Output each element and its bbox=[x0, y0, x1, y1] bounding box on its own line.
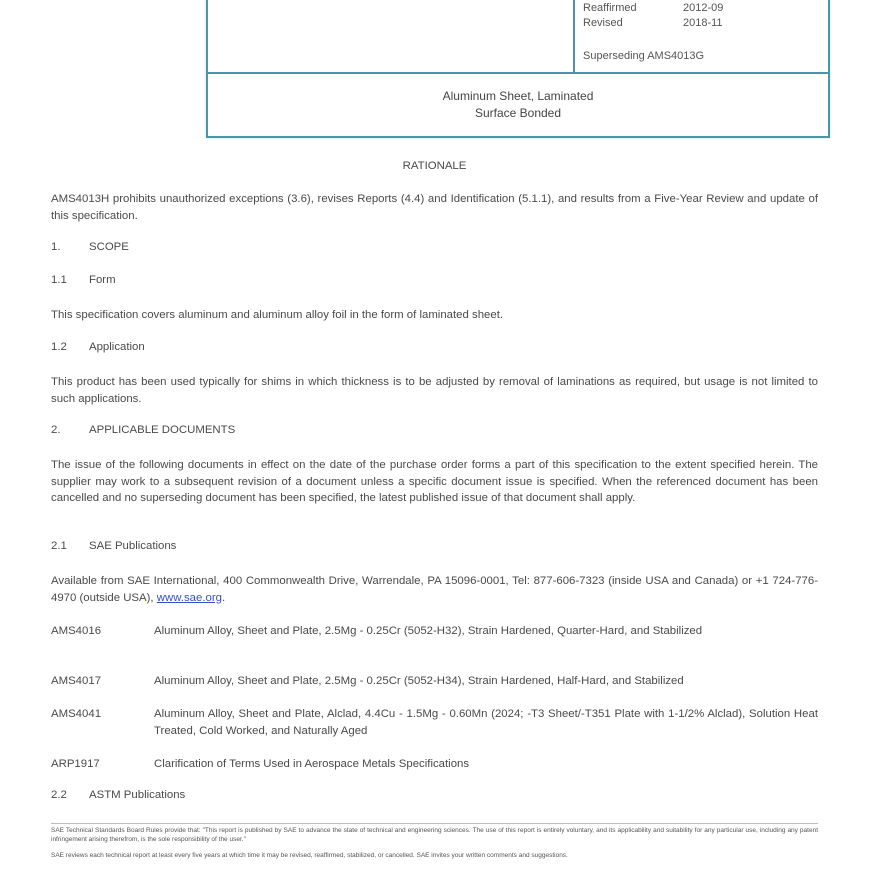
section-2-1-text: Available from SAE International, 400 Co… bbox=[51, 573, 818, 606]
revised-label: Revised bbox=[583, 17, 683, 29]
section-2-1-heading: 2.1SAE Publications bbox=[51, 540, 176, 552]
section-1-2-text: This product has been used typically for… bbox=[51, 374, 818, 407]
footer-disclaimer: SAE Technical Standards Board Rules prov… bbox=[51, 827, 818, 844]
section-title: Form bbox=[89, 274, 116, 286]
section-title: Application bbox=[89, 341, 145, 353]
reaffirmed-row: Reaffirmed2012-09 bbox=[583, 2, 723, 14]
title-line-1: Aluminum Sheet, Laminated bbox=[208, 88, 828, 105]
title-line-2: Surface Bonded bbox=[208, 105, 828, 122]
reference-item: ARP1917 Clarification of Terms Used in A… bbox=[51, 756, 818, 773]
section-number: 1. bbox=[51, 241, 89, 253]
footer-divider bbox=[51, 823, 818, 824]
reference-item: AMS4017 Aluminum Alloy, Sheet and Plate,… bbox=[51, 673, 818, 690]
reference-description: Aluminum Alloy, Sheet and Plate, 2.5Mg -… bbox=[154, 623, 818, 640]
rationale-text: AMS4013H prohibits unauthorized exceptio… bbox=[51, 191, 818, 224]
section-title: APPLICABLE DOCUMENTS bbox=[89, 424, 235, 436]
revised-row: Revised2018-11 bbox=[583, 17, 723, 29]
section-number: 2. bbox=[51, 424, 89, 436]
sae-website-link[interactable]: www.sae.org bbox=[157, 592, 222, 604]
reference-code: ARP1917 bbox=[51, 756, 100, 773]
section-1-1-heading: 1.1Form bbox=[51, 274, 116, 286]
reaffirmed-value: 2012-09 bbox=[683, 2, 723, 14]
reference-code: AMS4017 bbox=[51, 673, 101, 690]
document-header-box: Reaffirmed2012-09 Revised2018-11 Superse… bbox=[206, 0, 830, 138]
document-title: Aluminum Sheet, Laminated Surface Bonded bbox=[208, 88, 828, 122]
section-2-2-heading: 2.2ASTM Publications bbox=[51, 789, 185, 801]
section-1-2-heading: 1.2Application bbox=[51, 341, 145, 353]
reference-item: AMS4041 Aluminum Alloy, Sheet and Plate,… bbox=[51, 706, 818, 739]
section-title: SCOPE bbox=[89, 241, 129, 253]
header-status-panel: Reaffirmed2012-09 Revised2018-11 Superse… bbox=[573, 0, 828, 72]
superseding-note: Superseding AMS4013G bbox=[583, 50, 704, 62]
section-1-heading: 1.SCOPE bbox=[51, 241, 129, 253]
revised-value: 2018-11 bbox=[683, 17, 723, 29]
section-2-text: The issue of the following documents in … bbox=[51, 457, 818, 507]
reference-description: Aluminum Alloy, Sheet and Plate, Alclad,… bbox=[154, 706, 818, 739]
section-number: 2.2 bbox=[51, 789, 89, 801]
footer-review-note: SAE reviews each technical report at lea… bbox=[51, 852, 818, 861]
reference-description: Clarification of Terms Used in Aerospace… bbox=[154, 756, 818, 773]
header-top-section: Reaffirmed2012-09 Revised2018-11 Superse… bbox=[208, 0, 828, 74]
section-title: ASTM Publications bbox=[89, 789, 185, 801]
section-number: 2.1 bbox=[51, 540, 89, 552]
section-2-heading: 2.APPLICABLE DOCUMENTS bbox=[51, 424, 235, 436]
reference-description: Aluminum Alloy, Sheet and Plate, 2.5Mg -… bbox=[154, 673, 818, 690]
sae-address-end: . bbox=[222, 592, 225, 604]
rationale-heading: RATIONALE bbox=[51, 158, 818, 175]
section-title: SAE Publications bbox=[89, 540, 176, 552]
section-number: 1.2 bbox=[51, 341, 89, 353]
reference-code: AMS4041 bbox=[51, 706, 101, 723]
reference-item: AMS4016 Aluminum Alloy, Sheet and Plate,… bbox=[51, 623, 818, 640]
reference-code: AMS4016 bbox=[51, 623, 101, 640]
section-1-1-text: This specification covers aluminum and a… bbox=[51, 307, 818, 324]
section-number: 1.1 bbox=[51, 274, 89, 286]
reaffirmed-label: Reaffirmed bbox=[583, 2, 683, 14]
